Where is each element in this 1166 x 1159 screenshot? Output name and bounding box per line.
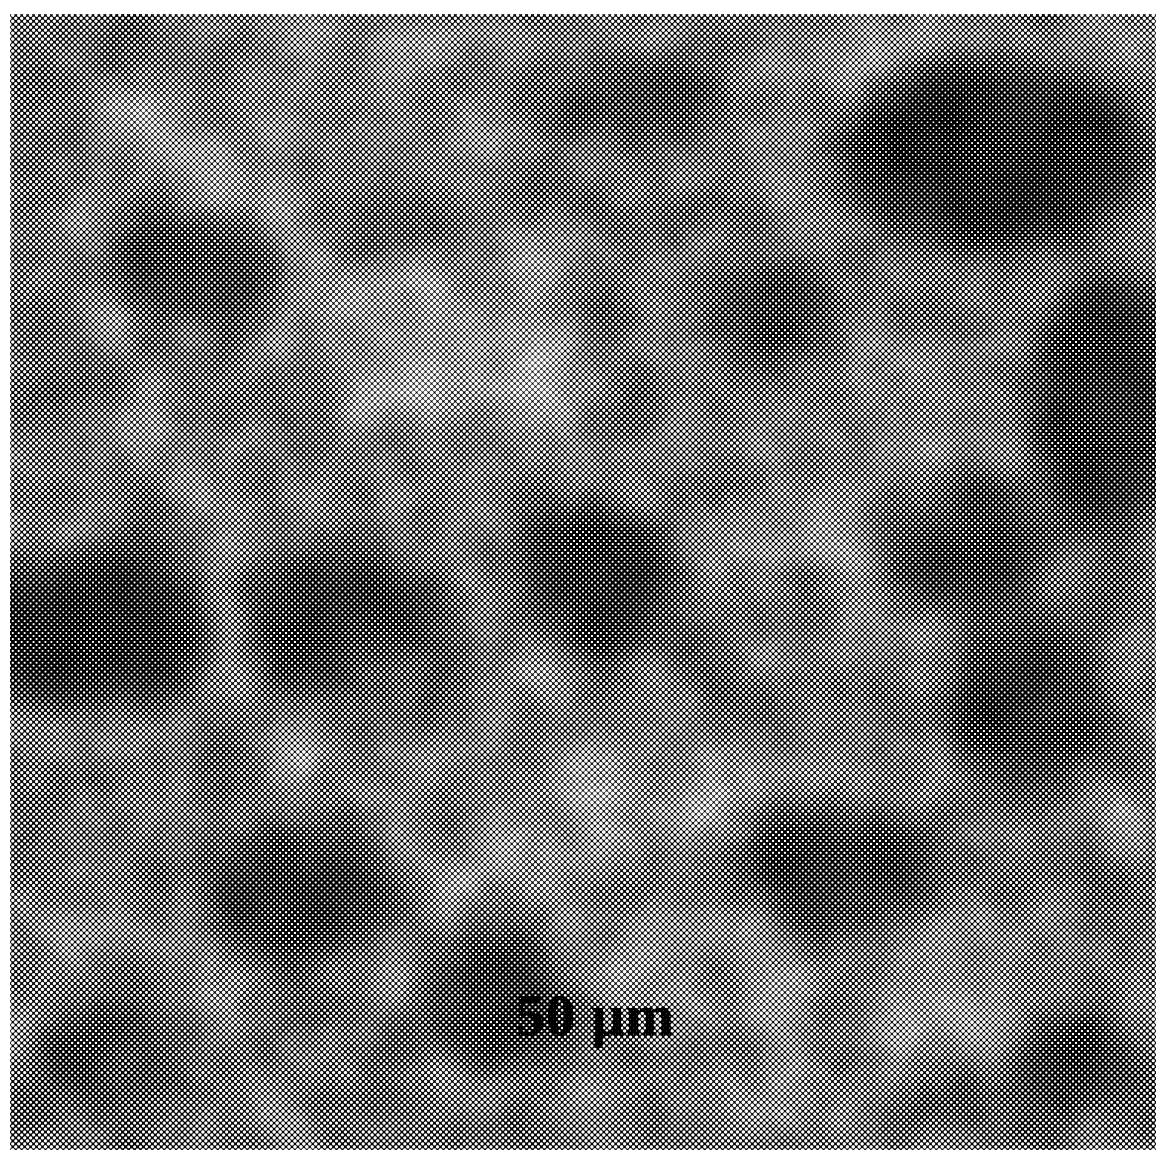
micrograph-image: 50 μm — [10, 14, 1156, 1150]
halftone-screen — [10, 14, 1156, 1150]
micrograph-figure: 50 μm — [0, 0, 1166, 1159]
